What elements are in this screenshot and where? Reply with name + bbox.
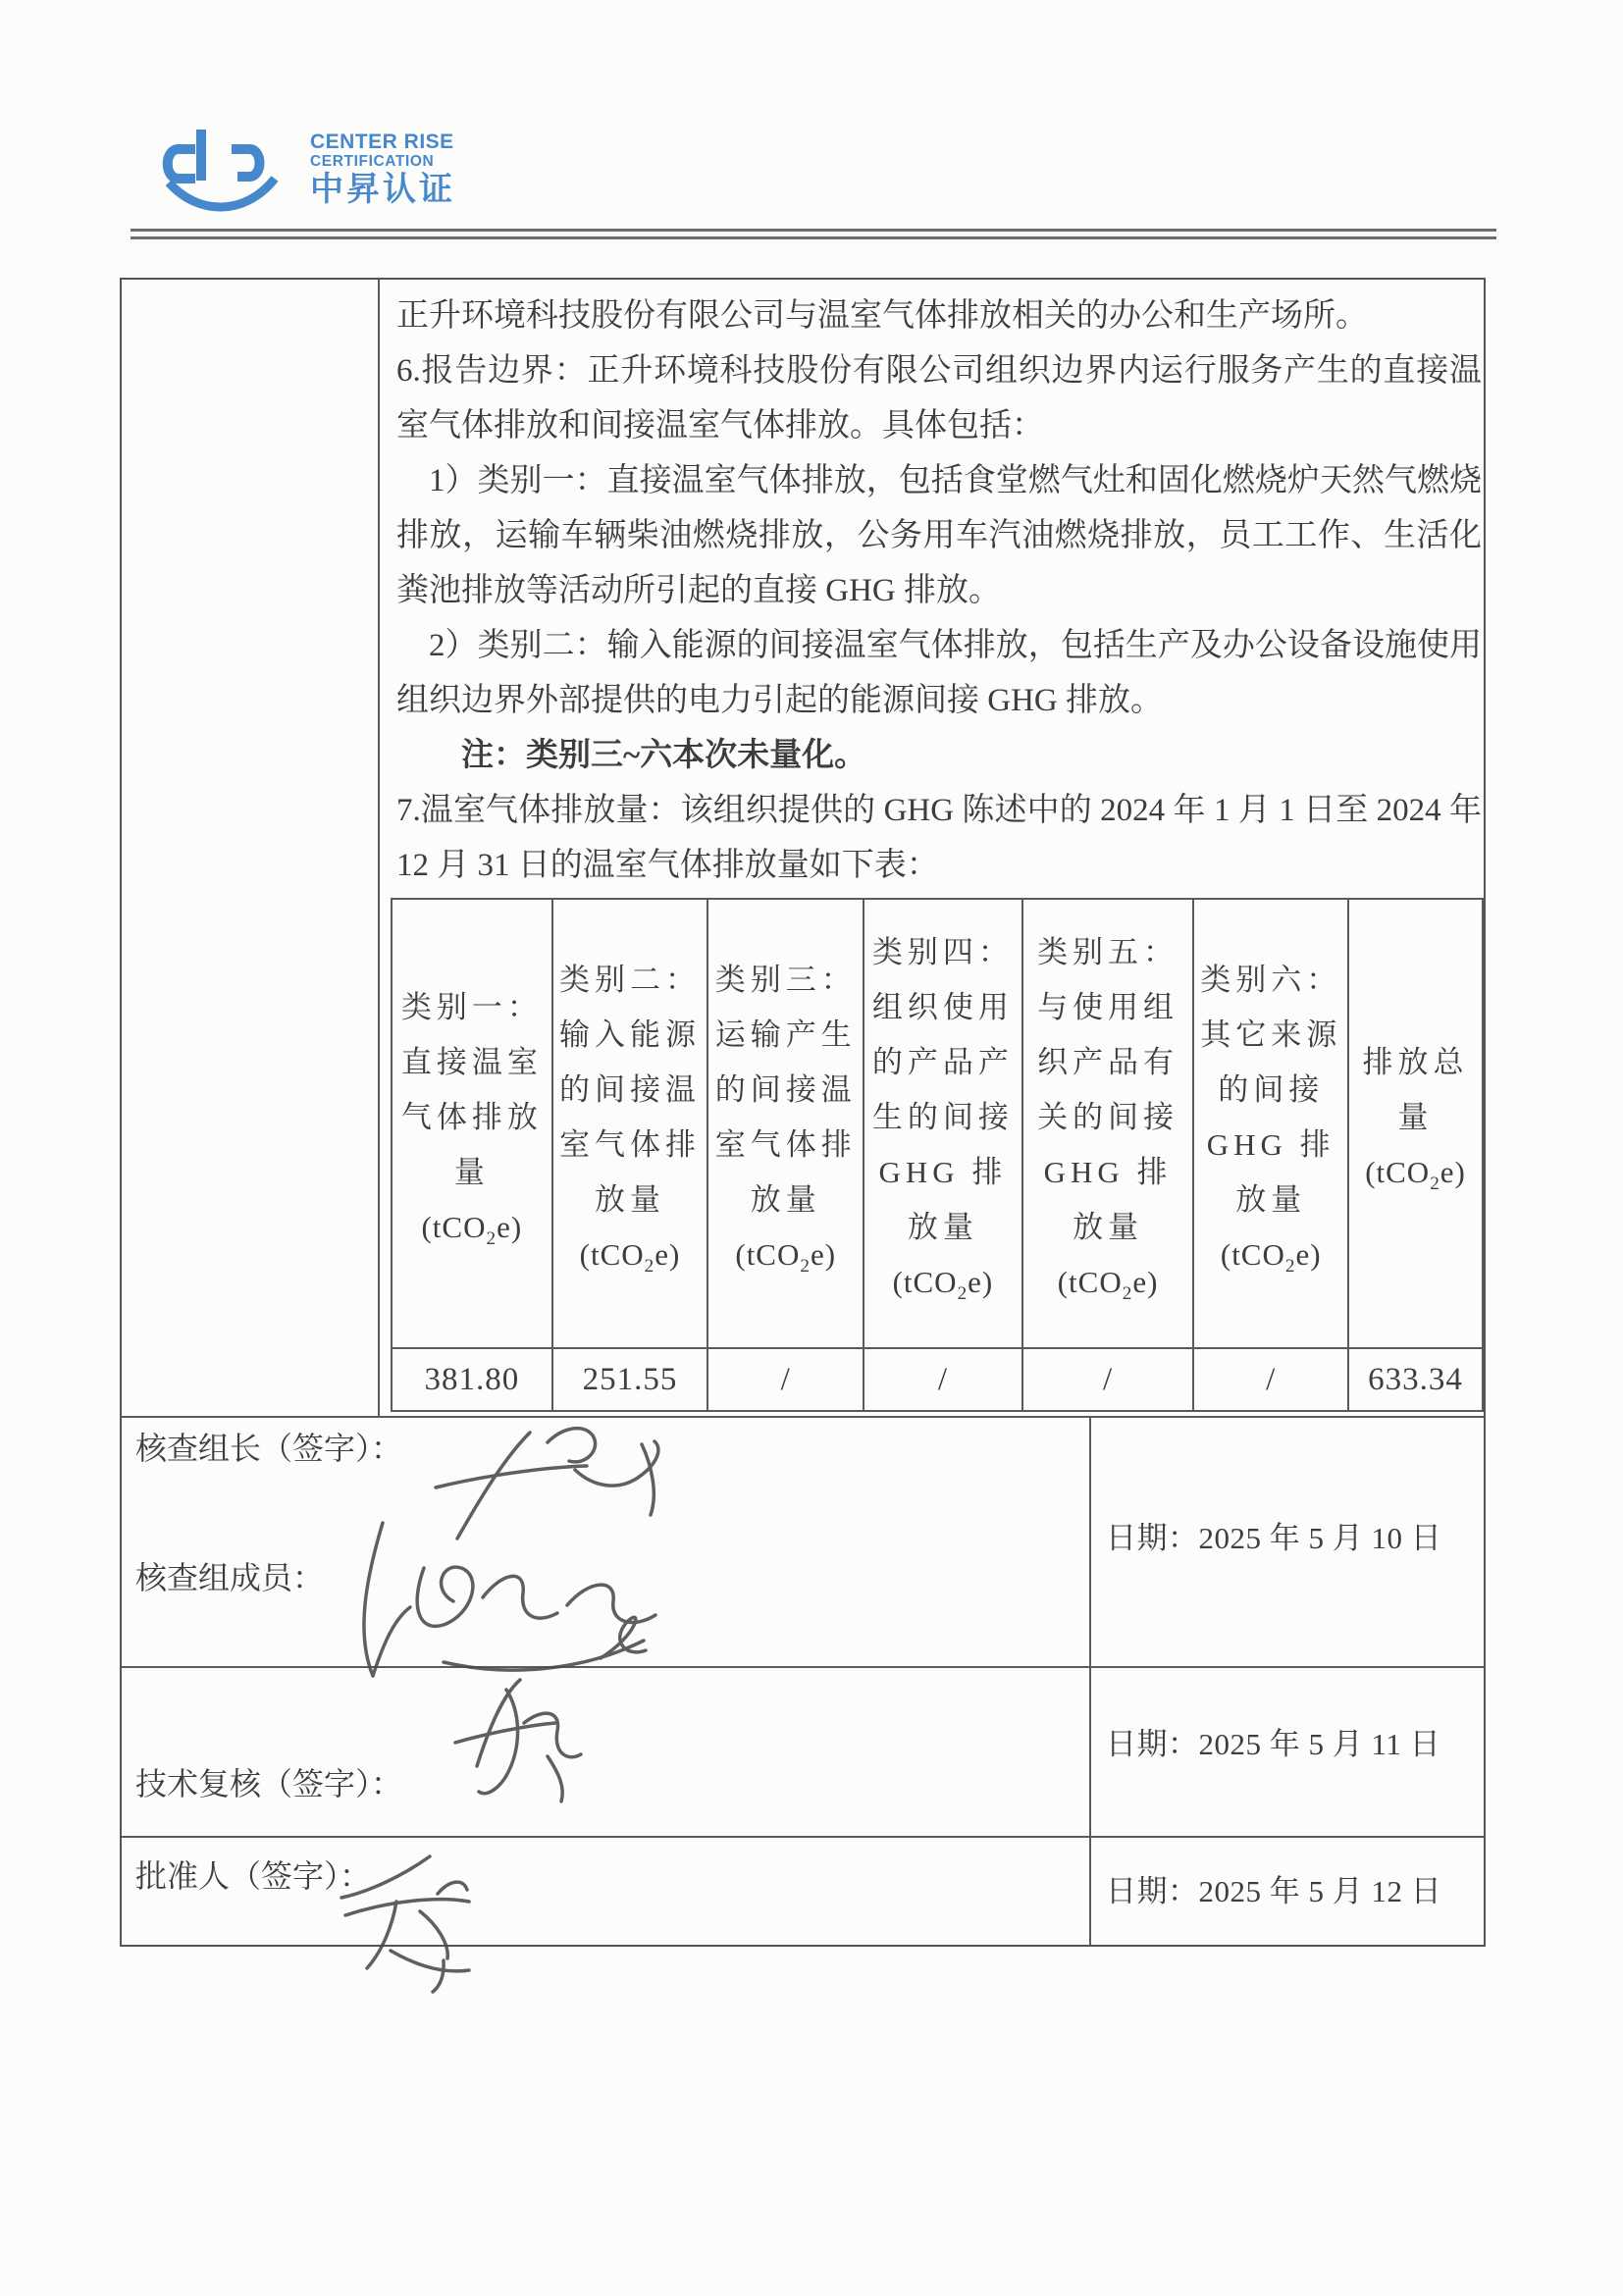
value-category1: 381.80 [392, 1348, 552, 1411]
logo-line3: 中昇认证 [310, 174, 455, 207]
unit-tco2e: (tCO2e) [397, 1200, 547, 1267]
approval-date: 日期：2025 年 5 月 12 日 [1106, 1871, 1441, 1912]
paragraph-category2: 2）类别二：输入能源的间接温室气体排放，包括生产及办公设备设施使用组织边界外部提… [396, 618, 1482, 728]
signoff-row-divider-2 [122, 1836, 1484, 1838]
header-category6-label: 类别六： [1199, 953, 1342, 1008]
header-category6: 类别六： 其它来源的间接 GHG 排放量 (tCO2e) [1193, 899, 1348, 1348]
report-body-text: 正升环境科技股份有限公司与温室气体排放相关的办公和生产场所。 6.报告边界：正升… [396, 288, 1482, 893]
header-category2-label: 类别二： [558, 953, 703, 1008]
header-category4-label: 类别四： [869, 925, 1017, 980]
emissions-header-row: 类别一： 直接温室气体排放量 (tCO2e) 类别二： 输入能源的间接温室气体排… [392, 899, 1483, 1348]
unit-tco2e: (tCO2e) [1199, 1227, 1342, 1294]
unit-tco2e: (tCO2e) [713, 1227, 858, 1294]
header-total: 排放总量 (tCO2e) [1348, 899, 1483, 1348]
paragraph-category1: 1）类别一：直接温室气体排放，包括食堂燃气灶和固化燃烧炉天然气燃烧排放，运输车辆… [396, 453, 1482, 618]
audit-date: 日期：2025 年 5 月 10 日 [1106, 1518, 1441, 1559]
paragraph-emissions: 7.温室气体排放量：该组织提供的 GHG 陈述中的 2024 年 1 月 1 日… [396, 783, 1482, 893]
header-rule-top [131, 229, 1496, 232]
header-category4-desc: 组织使用的产品产生的间接 GHG 排放量 [869, 980, 1017, 1255]
lead-auditor-label: 核查组长（签字）： [135, 1428, 402, 1469]
header-category5-label: 类别五： [1028, 925, 1188, 980]
header-category1-desc: 直接温室气体排放量 [397, 1035, 547, 1200]
technical-reviewer-label: 技术复核（签字）： [135, 1763, 402, 1804]
value-category2: 251.55 [552, 1348, 708, 1411]
logo-text: CENTER RISE CERTIFICATION 中昇认证 [310, 124, 455, 207]
value-category6: / [1193, 1348, 1348, 1411]
header-category5-desc: 与使用组织产品有关的间接 GHG 排放量 [1028, 980, 1188, 1255]
paragraph-boundary: 6.报告边界：正升环境科技股份有限公司组织边界内运行服务产生的直接温室气体排放和… [396, 343, 1482, 453]
unit-tco2e: (tCO2e) [869, 1255, 1017, 1322]
logo: CENTER RISE CERTIFICATION 中昇认证 [155, 124, 455, 218]
header-category6-desc: 其它来源的间接 GHG 排放量 [1199, 1008, 1342, 1227]
review-date: 日期：2025 年 5 月 11 日 [1106, 1724, 1440, 1765]
left-column-divider [378, 280, 380, 1418]
signoff-row-divider-1 [122, 1666, 1484, 1668]
value-total: 633.34 [1348, 1348, 1483, 1411]
date-column-divider [1089, 1416, 1091, 1945]
value-category4: / [864, 1348, 1022, 1411]
approver-label: 批准人（签字）： [135, 1855, 371, 1897]
header-category3-label: 类别三： [713, 953, 858, 1008]
header-category3: 类别三： 运输产生的间接温室气体排放量 (tCO2e) [707, 899, 864, 1348]
paragraph-note: 注：类别三~六本次未量化。 [396, 728, 1482, 783]
header-rule-bottom [131, 236, 1496, 239]
header-category1-label: 类别一： [397, 980, 547, 1035]
header-category3-desc: 运输产生的间接温室气体排放量 [713, 1008, 858, 1227]
document-page: CENTER RISE CERTIFICATION 中昇认证 正升环境科技股份有… [0, 0, 1623, 2296]
team-member-label: 核查组成员： [135, 1557, 324, 1598]
header-category2: 类别二： 输入能源的间接温室气体排放量 (tCO2e) [552, 899, 708, 1348]
report-table: 正升环境科技股份有限公司与温室气体排放相关的办公和生产场所。 6.报告边界：正升… [120, 278, 1486, 1947]
header-total-desc: 排放总量 [1354, 1035, 1477, 1145]
logo-line1: CENTER RISE [310, 131, 455, 152]
value-category5: / [1022, 1348, 1194, 1411]
emissions-table: 类别一： 直接温室气体排放量 (tCO2e) 类别二： 输入能源的间接温室气体排… [391, 898, 1484, 1412]
unit-tco2e: (tCO2e) [558, 1227, 703, 1294]
header-category2-desc: 输入能源的间接温室气体排放量 [558, 1008, 703, 1227]
value-category3: / [707, 1348, 864, 1411]
unit-tco2e: (tCO2e) [1028, 1255, 1188, 1322]
logo-line2: CERTIFICATION [310, 154, 455, 170]
crc-logo-icon [155, 124, 302, 218]
unit-tco2e: (tCO2e) [1354, 1145, 1477, 1212]
header-category5: 类别五： 与使用组织产品有关的间接 GHG 排放量 (tCO2e) [1022, 899, 1194, 1348]
header-category4: 类别四： 组织使用的产品产生的间接 GHG 排放量 (tCO2e) [864, 899, 1022, 1348]
header-category1: 类别一： 直接温室气体排放量 (tCO2e) [392, 899, 552, 1348]
emissions-values-row: 381.80 251.55 / / / / 633.34 [392, 1348, 1483, 1411]
paragraph-sites: 正升环境科技股份有限公司与温室气体排放相关的办公和生产场所。 [396, 288, 1482, 343]
signoff-top-border [122, 1416, 1484, 1418]
